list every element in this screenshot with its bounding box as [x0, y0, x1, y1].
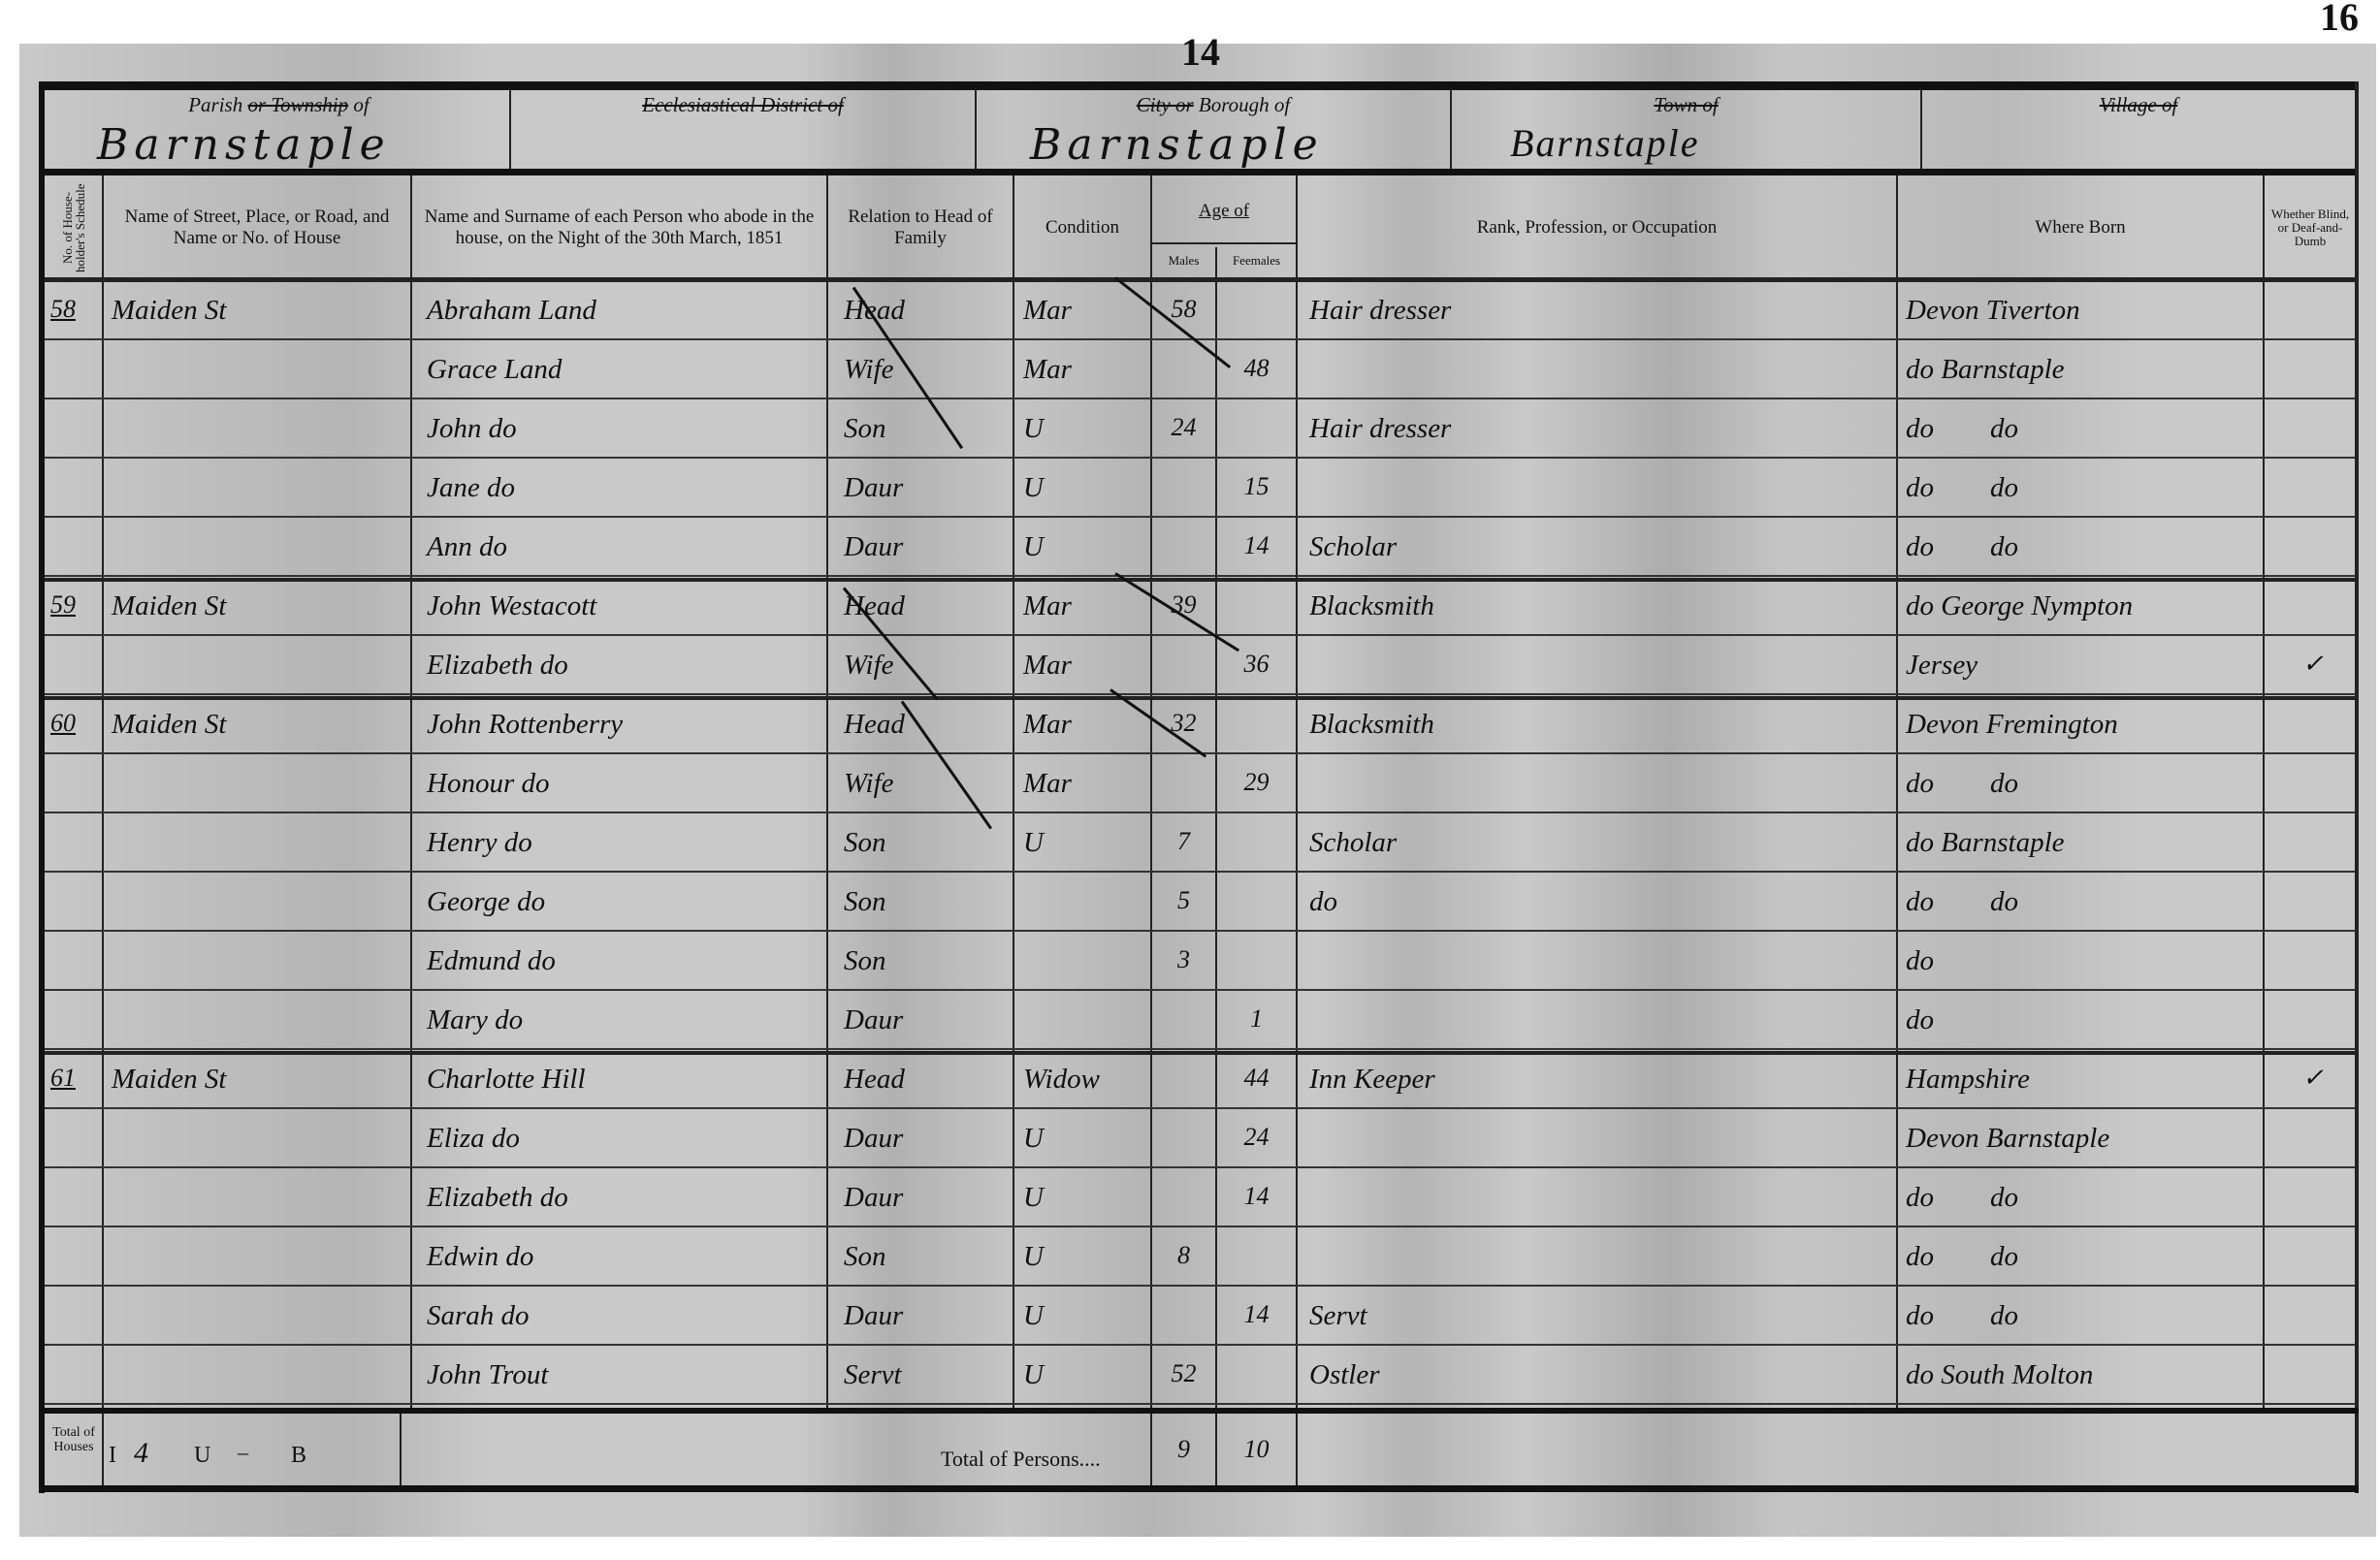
borough-box: City or Borough of Barnstaple — [977, 89, 1450, 167]
parish-label: Parish or Township of — [48, 93, 509, 117]
row-relation: Son — [844, 1241, 1009, 1273]
borough-label-struck: City or — [1137, 93, 1194, 116]
household-separator — [45, 696, 2355, 700]
row-born: do — [1906, 1004, 2260, 1036]
row-schedule: 61 — [50, 1064, 99, 1093]
row-rule — [45, 693, 2355, 695]
right-border — [2355, 81, 2359, 1493]
row-name: John Trout — [427, 1359, 820, 1391]
row-occupation: Ostler — [1309, 1359, 1891, 1391]
row-male-age: 7 — [1153, 827, 1214, 856]
row-relation: Servt — [844, 1359, 1009, 1391]
town-label: Town of — [1452, 93, 1920, 117]
row-name: Mary do — [427, 1004, 820, 1036]
row-born: do do — [1906, 1241, 2260, 1273]
row-born: Hampshire — [1906, 1064, 2260, 1096]
col-divider — [1215, 247, 1217, 1408]
row-male-age: 58 — [1153, 295, 1214, 324]
ecclesiastical-label: Ecclesiastical District of — [511, 93, 975, 117]
row-female-age: 14 — [1218, 1300, 1295, 1329]
row-rule — [45, 1226, 2355, 1227]
row-name: Charlotte Hill — [427, 1064, 820, 1096]
row-relation: Daur — [844, 1004, 1009, 1036]
row-condition: U — [1023, 1300, 1144, 1332]
town-box: Town of Barnstaple — [1452, 89, 1920, 167]
parish-label-text: Parish — [188, 93, 242, 116]
row-condition: Mar — [1023, 650, 1144, 682]
col-header-females: Feemales — [1218, 247, 1295, 274]
col-divider — [1896, 175, 1898, 1408]
col-header-name: Name and Surname of each Person who abod… — [413, 179, 825, 276]
row-female-age: 36 — [1218, 650, 1295, 679]
row-born: Devon Fremington — [1906, 709, 2260, 741]
col-header-age: Age of — [1153, 184, 1295, 238]
row-condition: Mar — [1023, 295, 1144, 327]
col-header-males: Males — [1153, 247, 1214, 274]
row-rule — [45, 930, 2355, 932]
row-female-age: 1 — [1218, 1004, 1295, 1034]
borough-label-text: Borough of — [1199, 93, 1290, 116]
parish-label-end: of — [353, 93, 369, 116]
row-female-age: 14 — [1218, 1182, 1295, 1211]
row-condition: U — [1023, 1359, 1144, 1391]
row-relation: Wife — [844, 354, 1009, 386]
col-header-occupation: Rank, Profession, or Occupation — [1299, 179, 1895, 276]
row-born: do do — [1906, 472, 2260, 504]
row-relation: Daur — [844, 1182, 1009, 1214]
row-rule — [45, 1107, 2355, 1109]
row-name: Henry do — [427, 827, 820, 859]
row-name: Sarah do — [427, 1300, 820, 1332]
row-born: do George Nympton — [1906, 590, 2260, 622]
row-condition: U — [1023, 1123, 1144, 1155]
row-name: John Westacott — [427, 590, 820, 622]
row-occupation: Hair dresser — [1309, 295, 1891, 327]
row-relation: Daur — [844, 472, 1009, 504]
row-name: George do — [427, 886, 820, 918]
row-male-age: 52 — [1153, 1359, 1214, 1388]
inhabited-letter: I — [109, 1443, 116, 1469]
row-condition: U — [1023, 413, 1144, 445]
uninhabited-letter: U — [194, 1443, 210, 1469]
parish-box: Parish or Township of Barnstaple — [48, 89, 509, 167]
total-houses-label: Total of Houses — [47, 1425, 101, 1454]
row-condition: U — [1023, 827, 1144, 859]
row-street: Maiden St — [112, 295, 402, 327]
row-condition: Mar — [1023, 709, 1144, 741]
town-label-struck: Town of — [1654, 93, 1718, 116]
row-name: John do — [427, 413, 820, 445]
row-condition: U — [1023, 1182, 1144, 1214]
col-divider — [1013, 175, 1014, 1408]
row-name: Elizabeth do — [427, 650, 820, 682]
row-occupation: do — [1309, 886, 1891, 918]
col-divider — [102, 175, 104, 1408]
row-born: do do — [1906, 1300, 2260, 1332]
row-born: Devon Barnstaple — [1906, 1123, 2260, 1155]
row-schedule: 59 — [50, 590, 99, 620]
row-born: do do — [1906, 531, 2260, 563]
row-relation: Son — [844, 413, 1009, 445]
row-name: Elizabeth do — [427, 1182, 820, 1214]
col-header-street: Name of Street, Place, or Road, and Name… — [105, 179, 409, 276]
row-rule — [45, 871, 2355, 873]
town-value: Barnstaple — [1510, 120, 1700, 166]
row-relation: Wife — [844, 768, 1009, 800]
col-header-condition: Condition — [1015, 179, 1149, 276]
row-male-age: 24 — [1153, 413, 1214, 442]
row-schedule: 60 — [50, 709, 99, 738]
village-box: Village of — [1922, 89, 2355, 167]
row-name: Edwin do — [427, 1241, 820, 1273]
col-header-relation: Relation to Head of Family — [829, 179, 1012, 276]
totals-divider — [1215, 1414, 1217, 1485]
row-born: Devon Tiverton — [1906, 295, 2260, 327]
row-condition: U — [1023, 472, 1144, 504]
row-street: Maiden St — [112, 590, 402, 622]
col-header-schedule-text: No. of House-holder's Schedule — [61, 179, 86, 276]
inhabited-count: 4 — [134, 1437, 148, 1470]
corner-page-number: 16 — [2320, 0, 2359, 40]
row-rule — [45, 634, 2355, 636]
row-female-age: 44 — [1218, 1064, 1295, 1093]
row-relation: Daur — [844, 1300, 1009, 1332]
row-male-age: 32 — [1153, 709, 1214, 738]
row-occupation: Scholar — [1309, 531, 1891, 563]
row-born: do do — [1906, 1182, 2260, 1214]
row-female-age: 29 — [1218, 768, 1295, 797]
row-relation: Son — [844, 945, 1009, 977]
row-born: do do — [1906, 886, 2260, 918]
row-occupation: Blacksmith — [1309, 709, 1891, 741]
row-born: do do — [1906, 413, 2260, 445]
bottom-border — [39, 1485, 2359, 1492]
totals-divider — [102, 1414, 104, 1485]
household-separator — [45, 578, 2355, 582]
row-name: Edmund do — [427, 945, 820, 977]
row-relation: Son — [844, 827, 1009, 859]
row-rule — [45, 1048, 2355, 1050]
row-female-age: 24 — [1218, 1123, 1295, 1152]
row-rule — [45, 1166, 2355, 1168]
age-subheader-line — [1152, 242, 1296, 244]
row-rule — [45, 1344, 2355, 1346]
total-persons-label: Total of Persons.... — [941, 1447, 1101, 1472]
village-label-struck: Village of — [2100, 93, 2178, 116]
row-condition: U — [1023, 531, 1144, 563]
row-street: Maiden St — [112, 709, 402, 741]
row-relation: Daur — [844, 1123, 1009, 1155]
row-name: Grace Land — [427, 354, 820, 386]
row-rule — [45, 989, 2355, 991]
col-header-schedule: No. of House-holder's Schedule — [47, 179, 101, 276]
row-occupation: Servt — [1309, 1300, 1891, 1332]
building-letter: B — [291, 1443, 306, 1469]
row-male-age: 5 — [1153, 886, 1214, 915]
column-header-bottom-border — [39, 277, 2359, 282]
row-blind: ✓ — [2279, 1064, 2347, 1093]
household-separator — [45, 1051, 2355, 1055]
col-header-where-born: Where Born — [1899, 179, 2262, 276]
row-name: Jane do — [427, 472, 820, 504]
row-relation: Daur — [844, 531, 1009, 563]
row-condition: Mar — [1023, 590, 1144, 622]
row-male-age: 8 — [1153, 1241, 1214, 1270]
row-rule — [45, 398, 2355, 399]
row-condition: U — [1023, 1241, 1144, 1273]
row-street: Maiden St — [112, 1064, 402, 1096]
row-name: Honour do — [427, 768, 820, 800]
district-bottom-border — [39, 169, 2359, 175]
row-blind: ✓ — [2279, 650, 2347, 679]
col-divider — [2263, 175, 2265, 1408]
row-condition: Mar — [1023, 354, 1144, 386]
total-males: 9 — [1153, 1435, 1214, 1464]
totals-divider — [1296, 1414, 1298, 1485]
row-rule — [45, 812, 2355, 813]
row-born: do — [1906, 945, 2260, 977]
row-name: John Rottenberry — [427, 709, 820, 741]
row-born: do South Molton — [1906, 1359, 2260, 1391]
row-relation: Head — [844, 1064, 1009, 1096]
folio-number: 14 — [1181, 29, 1220, 75]
row-rule — [45, 457, 2355, 459]
row-name: Abraham Land — [427, 295, 820, 327]
row-born: Jersey — [1906, 650, 2260, 682]
row-condition: Widow — [1023, 1064, 1144, 1096]
totals-divider — [400, 1414, 402, 1485]
row-female-age: 15 — [1218, 472, 1295, 501]
row-condition: Mar — [1023, 768, 1144, 800]
row-name: Ann do — [427, 531, 820, 563]
uninhabited-count: – — [238, 1440, 248, 1465]
col-divider — [826, 175, 828, 1408]
col-divider — [410, 175, 412, 1408]
row-male-age: 3 — [1153, 945, 1214, 974]
row-rule — [45, 1403, 2355, 1405]
totals-divider — [1150, 1414, 1152, 1485]
row-occupation: Inn Keeper — [1309, 1064, 1891, 1096]
row-female-age: 48 — [1218, 354, 1295, 383]
row-born: do Barnstaple — [1906, 827, 2260, 859]
col-header-blind-deaf: Whether Blind, or Deaf-and-Dumb — [2266, 179, 2355, 276]
row-occupation: Scholar — [1309, 827, 1891, 859]
row-relation: Wife — [844, 650, 1009, 682]
village-label: Village of — [1922, 93, 2355, 117]
total-females: 10 — [1218, 1435, 1295, 1464]
row-female-age: 14 — [1218, 531, 1295, 560]
row-rule — [45, 516, 2355, 518]
left-border — [39, 81, 45, 1493]
col-divider — [1296, 175, 1298, 1408]
row-occupation: Hair dresser — [1309, 413, 1891, 445]
row-rule — [45, 1285, 2355, 1287]
ecclesiastical-label-struck: Ecclesiastical District of — [642, 93, 844, 116]
row-rule — [45, 575, 2355, 577]
parish-label-struck: or Township — [247, 93, 348, 116]
row-born: do Barnstaple — [1906, 354, 2260, 386]
row-rule — [45, 338, 2355, 340]
row-name: Eliza do — [427, 1123, 820, 1155]
parish-value: Barnstaple — [97, 120, 391, 170]
row-schedule: 58 — [50, 295, 99, 324]
row-relation: Son — [844, 886, 1009, 918]
borough-value: Barnstaple — [1030, 120, 1324, 170]
ecclesiastical-box: Ecclesiastical District of — [511, 89, 975, 167]
row-occupation: Blacksmith — [1309, 590, 1891, 622]
row-born: do do — [1906, 768, 2260, 800]
borough-label: City or Borough of — [977, 93, 1450, 117]
totals-top-border — [39, 1408, 2359, 1414]
col-divider — [1150, 175, 1152, 1408]
